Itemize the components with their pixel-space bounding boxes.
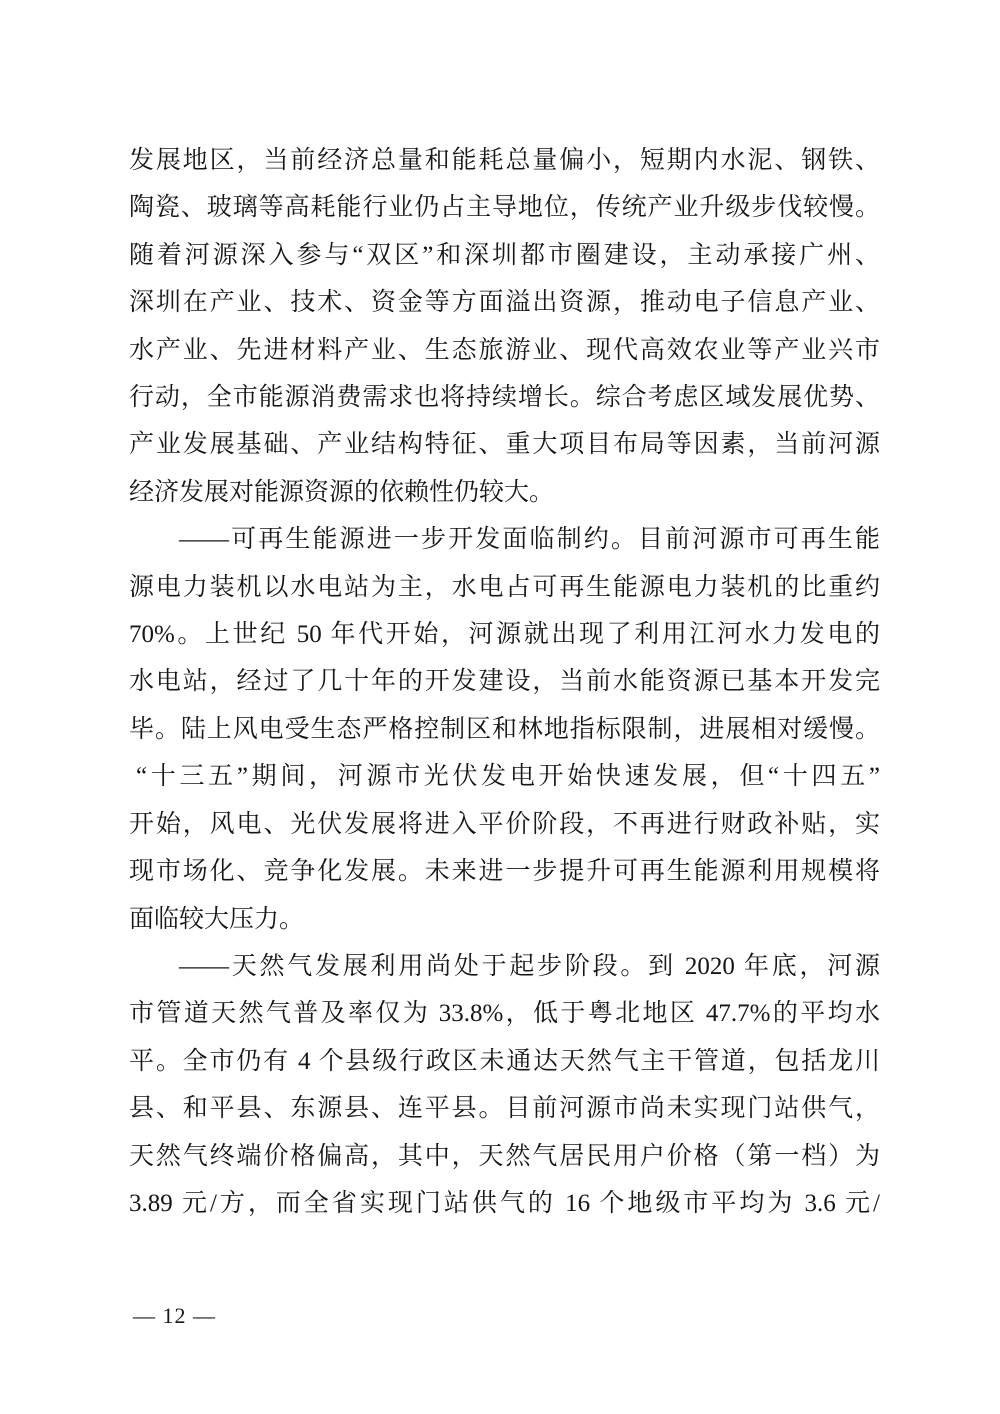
text-line: 深圳在产业、技术、资金等方面溢出资源，推动电子信息产业、 [129, 279, 880, 326]
text-line: 陶瓷、玻璃等高耗能行业仍占主导地位，传统产业升级步伐较慢。 [129, 184, 880, 231]
text-line: 县、和平县、东源县、连平县。目前河源市尚未实现门站供气， [129, 1085, 880, 1132]
text-line: ——可再生能源进一步开发面临制约。目前河源市可再生能 [129, 516, 880, 563]
text-line: 发展地区，当前经济总量和能耗总量偏小，短期内水泥、钢铁、 [129, 137, 880, 184]
paragraph: ——可再生能源进一步开发面临制约。目前河源市可再生能源电力装机以水电站为主，水电… [129, 516, 880, 943]
page-number: — 12 — [133, 1303, 216, 1328]
text-line: 毕。陆上风电受生态严格控制区和林地指标限制，进展相对缓慢。 [129, 706, 880, 753]
paragraph: 发展地区，当前经济总量和能耗总量偏小，短期内水泥、钢铁、陶瓷、玻璃等高耗能行业仍… [129, 137, 880, 516]
text-line: 70%。上世纪 50 年代开始，河源就出现了利用江河水力发电的 [129, 611, 880, 658]
text-line: 源电力装机以水电站为主，水电占可再生能源电力装机的比重约 [129, 564, 880, 611]
text-line: 行动，全市能源消费需求也将持续增长。综合考虑区域发展优势、 [129, 374, 880, 421]
text-line: 市管道天然气普及率仅为 33.8%，低于粤北地区 47.7%的平均水 [129, 990, 880, 1037]
text-line: 水电站，经过了几十年的开发建设，当前水能资源已基本开发完 [129, 658, 880, 705]
text-line: 3.89 元/方，而全省实现门站供气的 16 个地级市平均为 3.6 元/ [129, 1180, 880, 1227]
text-line: 开始，风电、光伏发展将进入平价阶段，不再进行财政补贴，实 [129, 801, 880, 848]
text-line: 产业发展基础、产业结构特征、重大项目布局等因素，当前河源 [129, 421, 880, 468]
page-footer: — 12 — [133, 1303, 216, 1329]
document-page: 发展地区，当前经济总量和能耗总量偏小，短期内水泥、钢铁、陶瓷、玻璃等高耗能行业仍… [0, 0, 1000, 1414]
document-body: 发展地区，当前经济总量和能耗总量偏小，短期内水泥、钢铁、陶瓷、玻璃等高耗能行业仍… [129, 137, 880, 1227]
text-line: “十三五”期间，河源市光伏发电开始快速发展，但“十四五” [129, 753, 880, 800]
text-line: 经济发展对能源资源的依赖性仍较大。 [129, 469, 880, 516]
text-line: 随着河源深入参与“双区”和深圳都市圈建设，主动承接广州、 [129, 232, 880, 279]
paragraph: ——天然气发展利用尚处于起步阶段。到 2020 年底，河源市管道天然气普及率仅为… [129, 943, 880, 1227]
text-line: 水产业、先进材料产业、生态旅游业、现代高效农业等产业兴市 [129, 327, 880, 374]
text-line: 现市场化、竞争化发展。未来进一步提升可再生能源利用规模将 [129, 848, 880, 895]
text-line: 面临较大压力。 [129, 896, 880, 943]
text-line: ——天然气发展利用尚处于起步阶段。到 2020 年底，河源 [129, 943, 880, 990]
text-line: 天然气终端价格偏高，其中，天然气居民用户价格（第一档）为 [129, 1133, 880, 1180]
text-line: 平。全市仍有 4 个县级行政区未通达天然气主干管道，包括龙川 [129, 1038, 880, 1085]
